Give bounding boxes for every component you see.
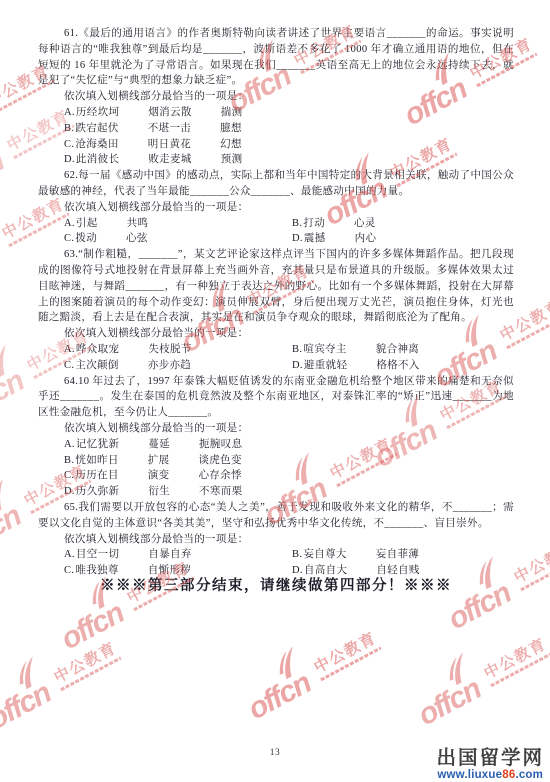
offcn-logo-text: offcn (0, 366, 28, 423)
option-64-A: A.记忆犹新蔓延扼腕叹息 (64, 439, 242, 450)
offcn-logo-text: offcn (57, 598, 129, 655)
option-word: 主次颠倒 (75, 360, 118, 371)
option-62-A: A.引起共鸣 (64, 216, 292, 232)
option-word: 避重就轻 (304, 360, 347, 371)
option-word: 预测 (221, 154, 243, 165)
question-61-prompt: 依次填入划横线部分最恰当的一项是： (38, 89, 514, 105)
option-64-B: B.恍如昨日扩展谈虎色变 (64, 455, 242, 466)
option-word: 亦步亦趋 (148, 360, 191, 371)
option-label: C. (64, 360, 74, 371)
option-65-C: C.唯我独尊自惭形秽 (64, 563, 292, 579)
option-63-A: A.哗众取宠失枝脱节 (64, 342, 292, 358)
option-word: 妄自尊大 (303, 549, 346, 560)
question-62-prompt: 依次填入划横线部分最恰当的一项是： (38, 200, 514, 216)
option-word: 明日黄花 (148, 139, 191, 150)
option-word: 喧宾夺主 (303, 344, 346, 355)
option-word: 臆想 (220, 123, 242, 134)
question-65-stem: 65.我们需要以开放包容的心态“美人之美”，善于发现和吸收外来文化的精华，不__… (38, 500, 514, 532)
option-label: B. (292, 549, 302, 560)
option-word: 历经坎坷 (76, 107, 119, 118)
option-word: 目空一切 (76, 549, 119, 560)
question-65-prompt: 依次填入划横线部分最恰当的一项是： (38, 532, 514, 548)
option-label: B. (292, 344, 302, 355)
option-word: 引起 (76, 218, 98, 229)
brand-underline-bar (520, 556, 550, 591)
option-word: 扩展 (148, 455, 170, 466)
option-label: C. (64, 233, 74, 244)
zhonggong-brand-text: 中公教育 (511, 540, 550, 587)
option-label: D. (64, 486, 75, 497)
option-word: 唯我独尊 (75, 565, 118, 576)
option-62-B: B.打动心灵 (292, 216, 514, 232)
option-label: A. (64, 344, 75, 355)
option-word: 不堪一击 (148, 123, 191, 134)
option-word: 记忆犹新 (76, 439, 119, 450)
question-61: 61.《最后的通用语言》的作者奥斯特勒向读者讲述了世界主要语言_______的命… (38, 26, 514, 168)
question-64-options: A.记忆犹新蔓延扼腕叹息 B.恍如昨日扩展谈虎色变 C.历历在目演变心存余悸 D… (38, 437, 514, 500)
brand-underline-bar (60, 656, 122, 691)
option-65-A: A.目空一切自暴自弃 (64, 547, 292, 563)
option-61-A: A.历经坎坷烟消云散揣测 (64, 107, 242, 118)
option-word: 妄自菲薄 (376, 549, 419, 560)
zhonggong-brand-text: 中公教育 (311, 630, 379, 677)
question-64-prompt: 依次填入划横线部分最恰当的一项是： (38, 421, 514, 437)
option-word: 此消彼长 (76, 154, 119, 165)
offcn-logo-text: offcn (0, 234, 3, 291)
option-word: 恍如昨日 (75, 455, 118, 466)
offcn-logo-text: offcn (244, 668, 316, 725)
option-word: 自惭形秽 (148, 565, 191, 576)
option-word: 心弦 (126, 233, 148, 244)
option-word: 内心 (355, 233, 377, 244)
option-62-C: C.拨动心弦 (64, 231, 292, 247)
option-word: 蔓延 (148, 439, 170, 450)
site-url-suffix: .com (515, 769, 543, 781)
question-62-stem: 62.每一届《感动中国》的感动点，实际上都和当年中国特定的大背景相关联，触动了中… (38, 168, 514, 200)
option-label: D. (292, 360, 303, 371)
offcn-logo-text: offcn (0, 501, 25, 558)
site-name: 出国留学网 (436, 749, 544, 769)
question-63: 63.“制作粗糙，_______”，某文艺评论家这样点评当下国内的许多多媒体舞蹈… (38, 247, 514, 373)
option-word: 历久弥新 (76, 486, 119, 497)
question-64: 64.10 年过去了，1997 年泰铢大幅贬值诱发的东南亚金融危机给整个地区带来… (38, 374, 514, 500)
exam-paper-page: 61.《最后的通用语言》的作者奥斯特勒向读者讲述了世界主要语言_______的命… (0, 0, 550, 782)
option-word: 哗众取宠 (76, 344, 119, 355)
option-word: 震撼 (304, 233, 326, 244)
option-word: 格格不入 (376, 360, 419, 371)
option-word: 烟消云散 (148, 107, 191, 118)
section-end-notice: ※※※第三部分结束，请继续做第四部分！※※※ (38, 579, 514, 595)
question-65-options: A.目空一切自暴自弃 B.妄自尊大妄自菲薄 C.唯我独尊自惭形秽 D.自高自大自… (38, 547, 514, 579)
question-61-stem: 61.《最后的通用语言》的作者奥斯特勒向读者讲述了世界主要语言_______的命… (38, 26, 514, 89)
option-word: 衍生 (148, 486, 170, 497)
option-word: 打动 (303, 218, 325, 229)
option-61-B: B.跌宕起伏不堪一击臆想 (64, 123, 242, 134)
option-word: 貌合神离 (376, 344, 419, 355)
question-63-options: A.哗众取宠失枝脱节 B.喧宾夺主貌合神离 C.主次颠倒亦步亦趋 D.避重就轻格… (38, 342, 514, 374)
option-63-C: C.主次颠倒亦步亦趋 (64, 358, 292, 374)
site-url: www.liuxue86.com (436, 770, 544, 782)
option-word: 失枝脱节 (148, 344, 191, 355)
option-label: D. (64, 154, 75, 165)
option-63-B: B.喧宾夺主貌合神离 (292, 342, 514, 358)
option-label: B. (292, 218, 302, 229)
question-62-options: A.引起共鸣 B.打动心灵 C.拨动心弦 D.震撼内心 (38, 216, 514, 248)
option-label: A. (64, 107, 75, 118)
liuxue86-logo: 出国留学网 www.liuxue86.com (436, 749, 544, 781)
offcn-logo-text: offcn (0, 678, 55, 735)
option-label: C. (64, 470, 74, 481)
site-url-prefix: www.liuxue (437, 769, 502, 781)
site-url-highlight: 86 (502, 769, 515, 781)
option-word: 共鸣 (127, 218, 149, 229)
option-label: A. (64, 218, 75, 229)
option-word: 沧海桑田 (75, 139, 118, 150)
option-label: A. (64, 549, 75, 560)
option-word: 自轻自贱 (376, 565, 419, 576)
offcn-logo-text: offcn (0, 146, 8, 203)
offcn-watermark: offcn中公教育 (413, 636, 550, 732)
option-65-B: B.妄自尊大妄自菲薄 (292, 547, 514, 563)
option-63-D: D.避重就轻格格不入 (292, 358, 514, 374)
option-word: 不寒而栗 (199, 486, 242, 497)
option-62-D: D.震撼内心 (292, 231, 514, 247)
question-61-options: A.历经坎坷烟消云散揣测 B.跌宕起伏不堪一击臆想 C.沧海桑田明日黄花幻想 D… (38, 105, 514, 168)
option-65-D: D.自高自大自轻自贱 (292, 563, 514, 579)
question-62: 62.每一届《感动中国》的感动点，实际上都和当年中国特定的大背景相关联，触动了中… (38, 168, 514, 247)
option-word: 幻想 (220, 139, 242, 150)
page-content: 61.《最后的通用语言》的作者奥斯特勒向读者讲述了世界主要语言_______的命… (38, 26, 514, 595)
option-word: 演变 (148, 470, 170, 481)
option-word: 扼腕叹息 (199, 439, 242, 450)
option-64-D: D.历久弥新衍生不寒而栗 (64, 486, 242, 497)
option-word: 自暴自弃 (148, 549, 191, 560)
option-label: A. (64, 439, 75, 450)
offcn-watermark: offcn中公教育 (243, 630, 386, 726)
option-word: 谈虎色变 (198, 455, 241, 466)
zhonggong-brand-text: 中公教育 (51, 640, 119, 687)
brand-underline-bar (320, 646, 382, 681)
option-word: 历历在目 (75, 470, 118, 481)
question-65: 65.我们需要以开放包容的心态“美人之美”，善于发现和吸收外来文化的精华，不__… (38, 500, 514, 579)
question-64-stem: 64.10 年过去了，1997 年泰铢大幅贬值诱发的东南亚金融危机给整个地区带来… (38, 374, 514, 421)
option-word: 心灵 (354, 218, 376, 229)
option-word: 揣测 (221, 107, 243, 118)
option-label: C. (64, 565, 74, 576)
option-word: 败走麦城 (148, 154, 191, 165)
option-label: B. (64, 123, 74, 134)
option-61-D: D.此消彼长败走麦城预测 (64, 154, 242, 165)
option-word: 拨动 (75, 233, 97, 244)
option-64-C: C.历历在目演变心存余悸 (64, 470, 242, 481)
option-label: D. (292, 233, 303, 244)
option-label: B. (64, 455, 74, 466)
option-label: C. (64, 139, 74, 150)
question-63-prompt: 依次填入划横线部分最恰当的一项是： (38, 326, 514, 342)
offcn-watermark: offcn中公教育 (0, 640, 126, 736)
option-61-C: C.沧海桑田明日黄花幻想 (64, 139, 242, 150)
question-63-stem: 63.“制作粗糙，_______”，某文艺评论家这样点评当下国内的许多多媒体舞蹈… (38, 247, 514, 326)
option-word: 跌宕起伏 (75, 123, 118, 134)
offcn-logo-text: offcn (414, 674, 486, 731)
option-word: 自高自大 (304, 565, 347, 576)
zhonggong-brand-text: 中公教育 (481, 636, 549, 683)
brand-underline-bar (490, 652, 550, 687)
option-word: 心存余悸 (198, 470, 241, 481)
option-label: D. (292, 565, 303, 576)
